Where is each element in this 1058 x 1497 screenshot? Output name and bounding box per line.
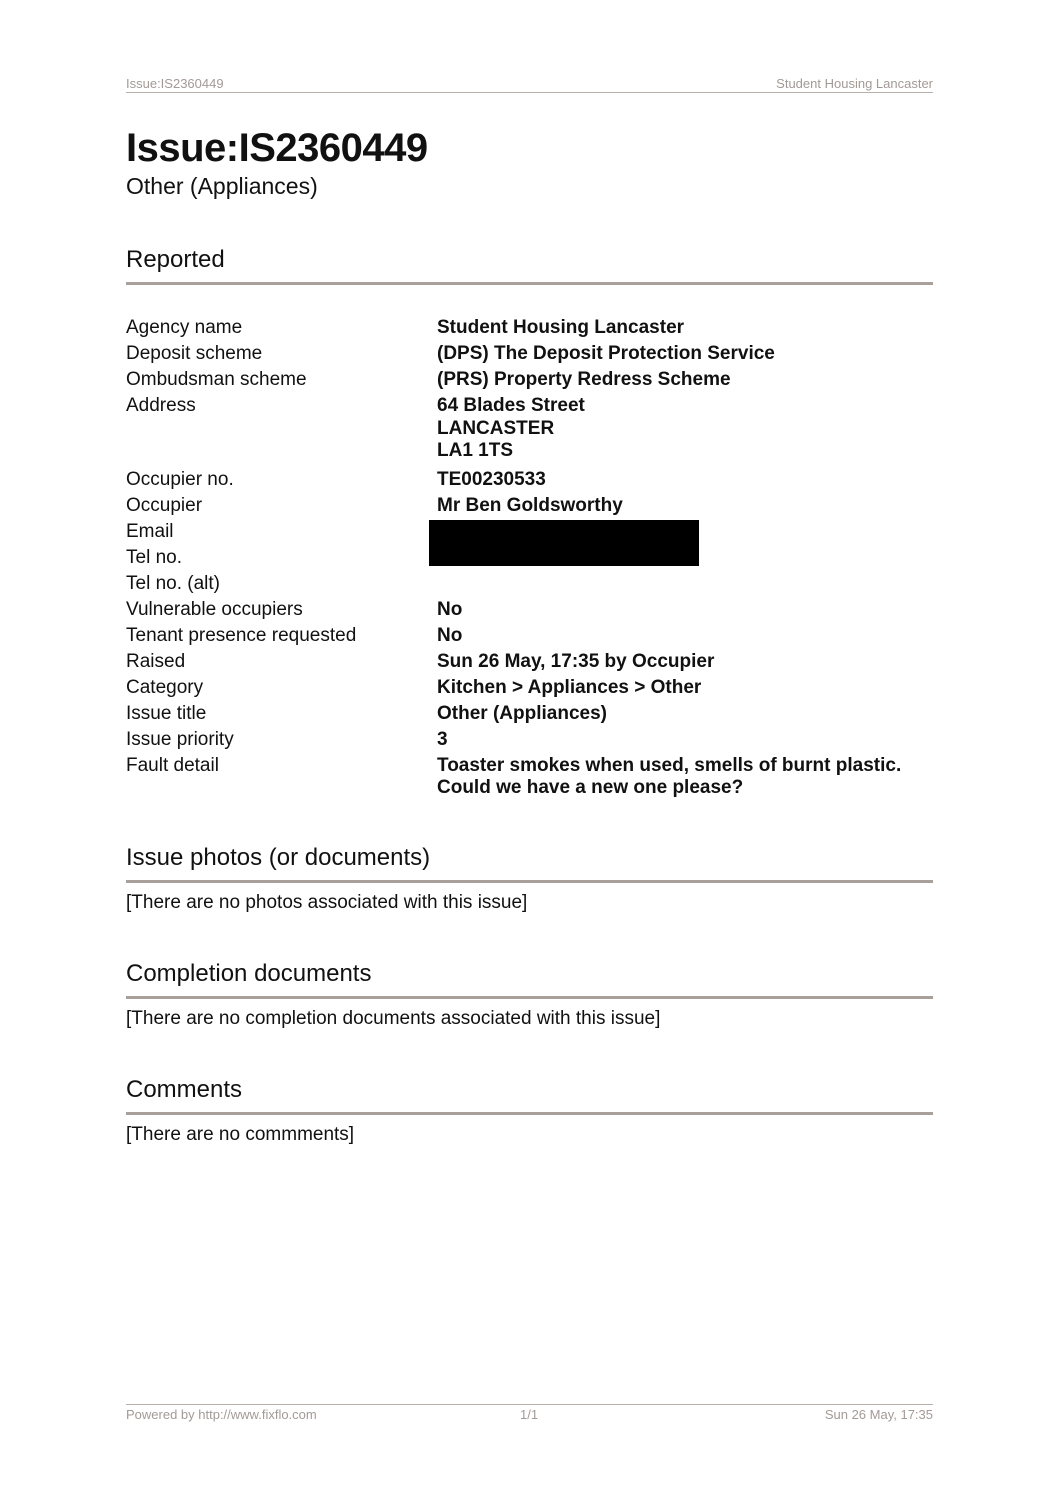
field-label: Tenant presence requested [126,623,437,649]
field-vulnerable-occupiers: Vulnerable occupiers No [126,597,933,623]
field-fault-detail: Fault detail Toaster smokes when used, s… [126,753,933,799]
section-heading-photos: Issue photos (or documents) [126,844,933,883]
field-label: Ombudsman scheme [126,367,437,393]
field-label: Tel no. [126,545,437,571]
header-agency: Student Housing Lancaster [776,76,933,91]
field-label: Occupier no. [126,467,437,493]
field-occupier-no: Occupier no. TE00230533 [126,467,933,493]
running-header: Issue:IS2360449 Student Housing Lancaste… [126,76,933,93]
field-value: 3 [437,727,448,753]
field-label: Fault detail [126,753,437,799]
footer-timestamp: Sun 26 May, 17:35 [825,1407,933,1422]
comments-empty-note: [There are no commments] [126,1124,354,1146]
field-category: Category Kitchen > Appliances > Other [126,675,933,701]
field-raised: Raised Sun 26 May, 17:35 by Occupier [126,649,933,675]
field-value: No [437,597,462,623]
section-heading-comments: Comments [126,1076,933,1115]
field-issue-title: Issue title Other (Appliances) [126,701,933,727]
redaction-block [429,520,699,566]
running-footer: Powered by http://www.fixflo.com 1/1 Sun… [126,1404,933,1425]
field-occupier: Occupier Mr Ben Goldsworthy [126,493,933,519]
field-value: Student Housing Lancaster [437,315,684,341]
field-tel-alt: Tel no. (alt) [126,571,933,597]
photos-empty-note: [There are no photos associated with thi… [126,892,527,914]
field-value: Toaster smokes when used, smells of burn… [437,753,901,799]
field-value: 64 Blades Street LANCASTER LA1 1TS [437,393,585,463]
header-issue-ref: Issue:IS2360449 [126,76,224,91]
field-label: Address [126,393,437,463]
page-title: Issue:IS2360449 [126,126,428,170]
field-value: Other (Appliances) [437,701,607,727]
field-label: Occupier [126,493,437,519]
fault-detail-line-2: Could we have a new one please? [437,777,901,799]
section-heading-reported: Reported [126,246,933,285]
footer-powered-by: Powered by http://www.fixflo.com [126,1407,317,1422]
field-deposit-scheme: Deposit scheme (DPS) The Deposit Protect… [126,341,933,367]
address-line-2: LANCASTER [437,418,585,441]
field-label: Vulnerable occupiers [126,597,437,623]
field-tenant-presence: Tenant presence requested No [126,623,933,649]
field-label: Agency name [126,315,437,341]
field-issue-priority: Issue priority 3 [126,727,933,753]
field-value: Kitchen > Appliances > Other [437,675,701,701]
footer-page-number: 1/1 [520,1407,538,1422]
field-agency-name: Agency name Student Housing Lancaster [126,315,933,341]
field-label: Category [126,675,437,701]
field-value: Mr Ben Goldsworthy [437,493,623,519]
field-value: (PRS) Property Redress Scheme [437,367,731,393]
completion-empty-note: [There are no completion documents assoc… [126,1008,660,1030]
section-heading-completion: Completion documents [126,960,933,999]
field-label: Email [126,519,437,545]
address-line-3: LA1 1TS [437,440,585,463]
field-label: Tel no. (alt) [126,571,437,597]
field-label: Issue priority [126,727,437,753]
field-label: Issue title [126,701,437,727]
page-subtitle: Other (Appliances) [126,173,318,200]
field-value: No [437,623,462,649]
field-value: TE00230533 [437,467,546,493]
field-address: Address 64 Blades Street LANCASTER LA1 1… [126,393,933,463]
field-label: Deposit scheme [126,341,437,367]
field-label: Raised [126,649,437,675]
field-value: (DPS) The Deposit Protection Service [437,341,775,367]
field-ombudsman-scheme: Ombudsman scheme (PRS) Property Redress … [126,367,933,393]
fault-detail-line-1: Toaster smokes when used, smells of burn… [437,755,901,777]
field-value: Sun 26 May, 17:35 by Occupier [437,649,714,675]
address-line-1: 64 Blades Street [437,395,585,418]
